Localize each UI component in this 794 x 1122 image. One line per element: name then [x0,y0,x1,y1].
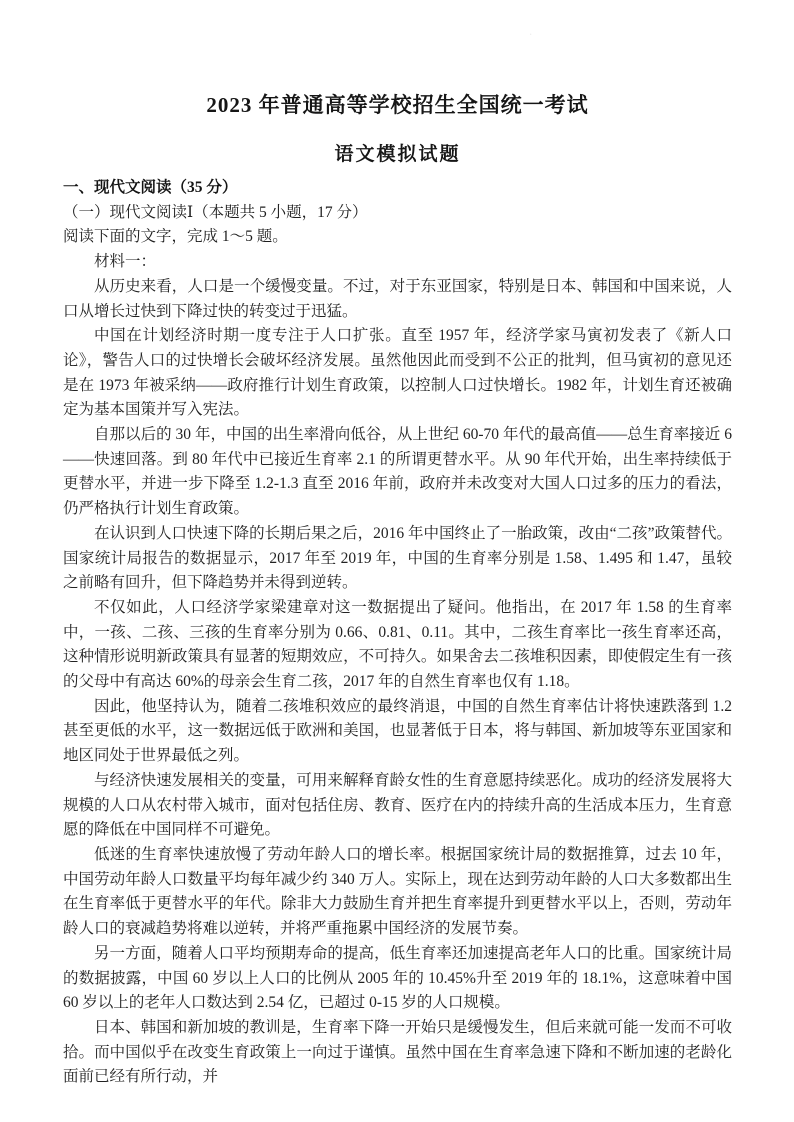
material-paragraph: 低迷的生育率快速放慢了劳动年龄人口的增长率。根据国家统计局的数据推算，过去 10… [63,843,732,942]
scan-artifact: ᛫ [528,30,536,40]
material-paragraph: 另一方面，随着人口平均预期寿命的提高，低生育率还加速提高老年人口的比重。国家统计… [63,942,732,1016]
material-paragraph: 不仅如此，人口经济学家梁建章对这一数据提出了疑问。他指出，在 2017 年 1.… [63,596,732,695]
material-paragraph: 自那以后的 30 年，中国的出生率滑向低谷，从上世纪 60-70 年代的最高值—… [63,423,732,522]
exam-subtitle: 语文模拟试题 [63,142,732,168]
subsection-heading-reading-1: （一）现代文阅读Ⅰ（本题共 5 小题，17 分） [63,201,732,226]
material-paragraph: 在认识到人口快速下降的长期后果之后，2016 年中国终止了一胎政策，改由“二孩”… [63,522,732,596]
reading-instruction: 阅读下面的文字，完成 1～5 题。 [63,225,732,250]
exam-title: 2023 年普通高等学校招生全国统一考试 [63,90,732,120]
exam-content: 一、现代文阅读（35 分） （一）现代文阅读Ⅰ（本题共 5 小题，17 分） 阅… [63,176,732,1090]
material-paragraph: 从历史来看，人口是一个缓慢变量。不过，对于东亚国家，特别是日本、韩国和中国来说，… [63,275,732,324]
material-paragraph: 因此，他坚持认为，随着二孩堆积效应的最终消退，中国的自然生育率估计将快速跌落到 … [63,695,732,769]
material-paragraph: 中国在计划经济时期一度专注于人口扩张。直至 1957 年，经济学家马寅初发表了《… [63,324,732,423]
section-heading-modern-reading: 一、现代文阅读（35 分） [63,176,732,201]
material-paragraph: 与经济快速发展相关的变量，可用来解释育龄女性的生育意愿持续恶化。成功的经济发展将… [63,769,732,843]
material-paragraph: 日本、韩国和新加坡的教训是，生育率下降一开始只是缓慢发生，但后来就可能一发而不可… [63,1016,732,1090]
material-one-body: 从历史来看，人口是一个缓慢变量。不过，对于东亚国家，特别是日本、韩国和中国来说，… [63,275,732,1090]
material-one-label: 材料一： [63,250,732,275]
exam-page: ᛫ 2023 年普通高等学校招生全国统一考试 语文模拟试题 一、现代文阅读（35… [0,0,794,1122]
